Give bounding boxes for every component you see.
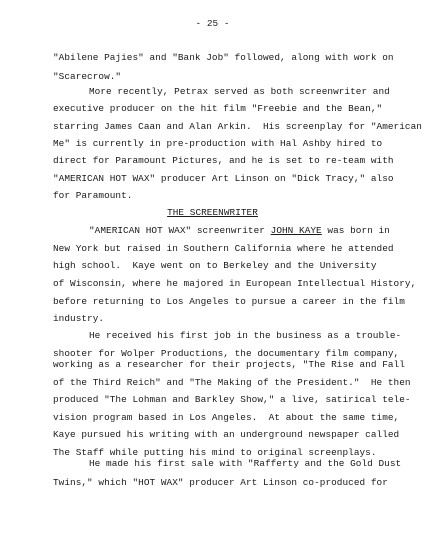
text-line: Me" is currently in pre-production with … xyxy=(53,138,382,150)
text-line: industry. xyxy=(53,313,104,325)
text-line: More recently, Petrax served as both scr… xyxy=(89,86,390,98)
text-line: produced "The Lohman and Barkley Show," … xyxy=(53,394,411,406)
text-line: vision program based in Los Angeles. At … xyxy=(53,412,399,424)
section-heading: THE SCREENWRITER xyxy=(0,207,425,218)
text-line: "AMERICAN HOT WAX" screenwriter JOHN KAY… xyxy=(89,225,390,237)
text-line: starring James Caan and Alan Arkin. His … xyxy=(53,121,422,133)
text-line: "Scarecrow." xyxy=(53,71,121,83)
text-line: Kaye pursued his writing with an undergr… xyxy=(53,429,399,441)
screenwriter-name: JOHN KAYE xyxy=(271,225,322,236)
text-line: high school. Kaye went on to Berkeley an… xyxy=(53,260,377,272)
text-line: He made his first sale with "Rafferty an… xyxy=(89,458,401,470)
text-line: of Wisconsin, where he majored in Europe… xyxy=(53,278,416,290)
text-line: New York but raised in Southern Californ… xyxy=(53,243,394,255)
text-line: Twins," which "HOT WAX" producer Art Lin… xyxy=(53,477,388,489)
text-line: for Paramount. xyxy=(53,190,132,202)
text-line: of the Third Reich" and "The Making of t… xyxy=(53,377,411,389)
text-segment: "AMERICAN HOT WAX" screenwriter xyxy=(89,225,271,236)
text-segment: was born in xyxy=(322,225,390,236)
page-number: - 25 - xyxy=(0,18,425,29)
text-line: direct for Paramount Pictures, and he is… xyxy=(53,155,394,167)
document-page: - 25 - "Abilene Pajies" and "Bank Job" f… xyxy=(0,0,425,550)
text-line: executive producer on the hit film "Free… xyxy=(53,103,382,115)
text-line: working as a researcher for their projec… xyxy=(53,359,405,371)
text-line: He received his first job in the busines… xyxy=(89,330,401,342)
text-line: before returning to Los Angeles to pursu… xyxy=(53,296,405,308)
text-line: "AMERICAN HOT WAX" producer Art Linson o… xyxy=(53,173,394,185)
text-line: "Abilene Pajies" and "Bank Job" followed… xyxy=(53,52,394,64)
